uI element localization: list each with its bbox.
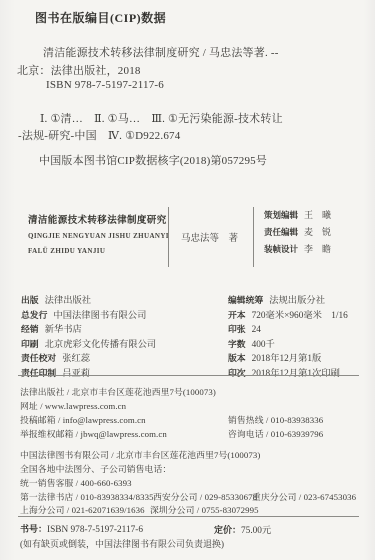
pub-row: 经销新华书店 [21,323,156,338]
price-label: 定价： [214,525,241,535]
pub-row: 印次2018年12月第1次印刷 [228,367,348,382]
pub-value: 2018年12月第1版 [252,354,322,364]
pub-label: 印张 [228,324,246,334]
xian-branch-line: 西安分公司 / 029-85330678 [153,491,257,505]
price-value: 75.00元 [241,526,271,536]
pub-label: 版本 [228,353,246,363]
cip-classification-line-2: -法规-研究-中国 Ⅳ. ①D922.674 [18,127,180,143]
pub-value: 新华书店 [45,325,82,335]
cip-publisher-line: 北京：法律出版社，2018 [17,62,141,78]
first-law-store-line: 第一法律书店 / 010-83938334/8335 [20,491,154,505]
cip-record-number: 中国版本图书馆CIP数据核字(2018)第057295号 [39,152,267,168]
isbn-value: ISBN 978-7-5197-2117-6 [47,525,143,535]
isbn-line: 书号：ISBN 978-7-5197-2117-6 [20,522,143,535]
sales-company-line: 中国法律图书有限公司 / 北京市丰台区莲花池西里7号(100073) [20,449,260,463]
book-title-pinyin-1: QINGJIE NENGYUAN JISHU ZHUANYI [28,232,169,240]
cip-isbn-line: ISBN 978-7-5197-2117-6 [46,79,164,91]
pub-label: 责任印制 [21,368,56,378]
credit-label: 装帧设计 [264,244,298,254]
publish-info-right: 编辑统筹法规出版分社 开本720毫米×960毫米 1/16 印张24 字数400… [228,294,348,381]
pub-row: 编辑统筹法规出版分社 [228,294,348,309]
cip-header: 图书在版编目(CIP)数据 [35,9,166,26]
credit-row: 装帧设计李 瞻 [264,241,331,258]
pub-row: 总发行中国法律图书有限公司 [21,309,156,324]
cip-classification-line-1: Ⅰ. ①清… Ⅱ. ①马… Ⅲ. ①无污染能源-技术转让 [40,110,283,126]
credit-value: 李 瞻 [304,244,331,254]
cip-title-line: 清洁能源技术转移法律制度研究 / 马忠法等著. -- [43,44,279,60]
pub-row: 出版法律出版社 [21,294,156,309]
book-title-pinyin-2: FALÜ ZHIDU YANJIU [28,247,105,255]
pub-label: 印刷 [21,339,39,349]
publish-info-left: 出版法律出版社 总发行中国法律图书有限公司 经销新华书店 印刷北京虎彩文化传播有… [21,294,156,381]
submission-email-line: 投稿邮箱 / info@lawpress.com.cn [20,414,146,428]
credit-row: 责任编辑麦 锐 [264,224,331,241]
price-line: 定价：75.00元 [214,522,271,536]
pub-label: 总发行 [21,310,47,320]
publisher-address-line: 法律出版社 / 北京市丰台区莲花池西里7号(100073) [20,386,216,400]
book-copyright-page: 图书在版编目(CIP)数据 清洁能源技术转移法律制度研究 / 马忠法等著. --… [0,0,375,560]
returns-note: (如有缺页或倒装，中国法律图书有限公司负责退换) [20,537,224,550]
pub-row: 责任印制吕亚莉 [21,367,156,382]
pub-label: 印次 [228,368,246,378]
unified-service-line: 统一销售客服 / 400-660-6393 [20,477,132,491]
sales-hotline-line: 销售热线 / 010-83938336 [228,414,323,428]
pub-label: 责任校对 [21,353,56,363]
pub-row: 印刷北京虎彩文化传播有限公司 [21,338,156,353]
horizontal-rule [18,375,359,376]
pub-value: 24 [252,325,261,335]
website-line: 网址 / www.lawpress.com.cn [20,400,126,414]
pub-value: 720毫米×960毫米 1/16 [252,311,348,321]
credit-row: 策划编辑王 曦 [264,207,331,224]
credits-list: 策划编辑王 曦 责任编辑麦 锐 装帧设计李 瞻 [264,207,331,258]
pub-value: 法规出版分社 [269,296,325,306]
pub-label: 开本 [228,310,246,320]
pub-row: 印张24 [228,323,348,338]
vertical-divider [253,207,254,267]
pub-row: 开本720毫米×960毫米 1/16 [228,309,348,324]
pub-label: 编辑统筹 [228,295,263,305]
pub-row: 字数400千 [228,338,348,353]
pub-label: 经销 [21,324,39,334]
pub-value: 吕亚莉 [62,369,90,379]
isbn-label: 书号： [20,524,47,534]
chongqing-branch-line: 重庆分公司 / 023-67453036 [252,491,356,505]
author: 马忠法等 著 [181,230,238,244]
pub-row: 版本2018年12月第1版 [228,352,348,367]
pub-value: 400千 [252,340,275,350]
vertical-divider [168,207,169,267]
credit-label: 策划编辑 [264,210,298,220]
pub-label: 出版 [21,295,39,305]
consult-phone-line: 咨询电话 / 010-63939796 [228,428,323,442]
pub-value: 张红蕊 [62,354,90,364]
credit-value: 王 曦 [304,210,331,220]
report-email-line: 举报维权邮箱 / jbwq@lawpress.com.cn [20,428,167,442]
sales-intro-line: 全国各地中法图分、子公司销售电话： [20,463,171,477]
horizontal-rule [18,516,359,517]
pub-row: 责任校对张红蕊 [21,352,156,367]
credit-label: 责任编辑 [264,227,298,237]
pub-value: 2018年12月第1次印刷 [252,369,340,379]
pub-value: 中国法律图书有限公司 [53,311,146,321]
pub-value: 法律出版社 [45,296,92,306]
book-title: 清洁能源技术转移法律制度研究 [28,212,167,226]
credit-value: 麦 锐 [304,227,331,237]
pub-value: 北京虎彩文化传播有限公司 [45,340,157,350]
pub-label: 字数 [228,339,246,349]
